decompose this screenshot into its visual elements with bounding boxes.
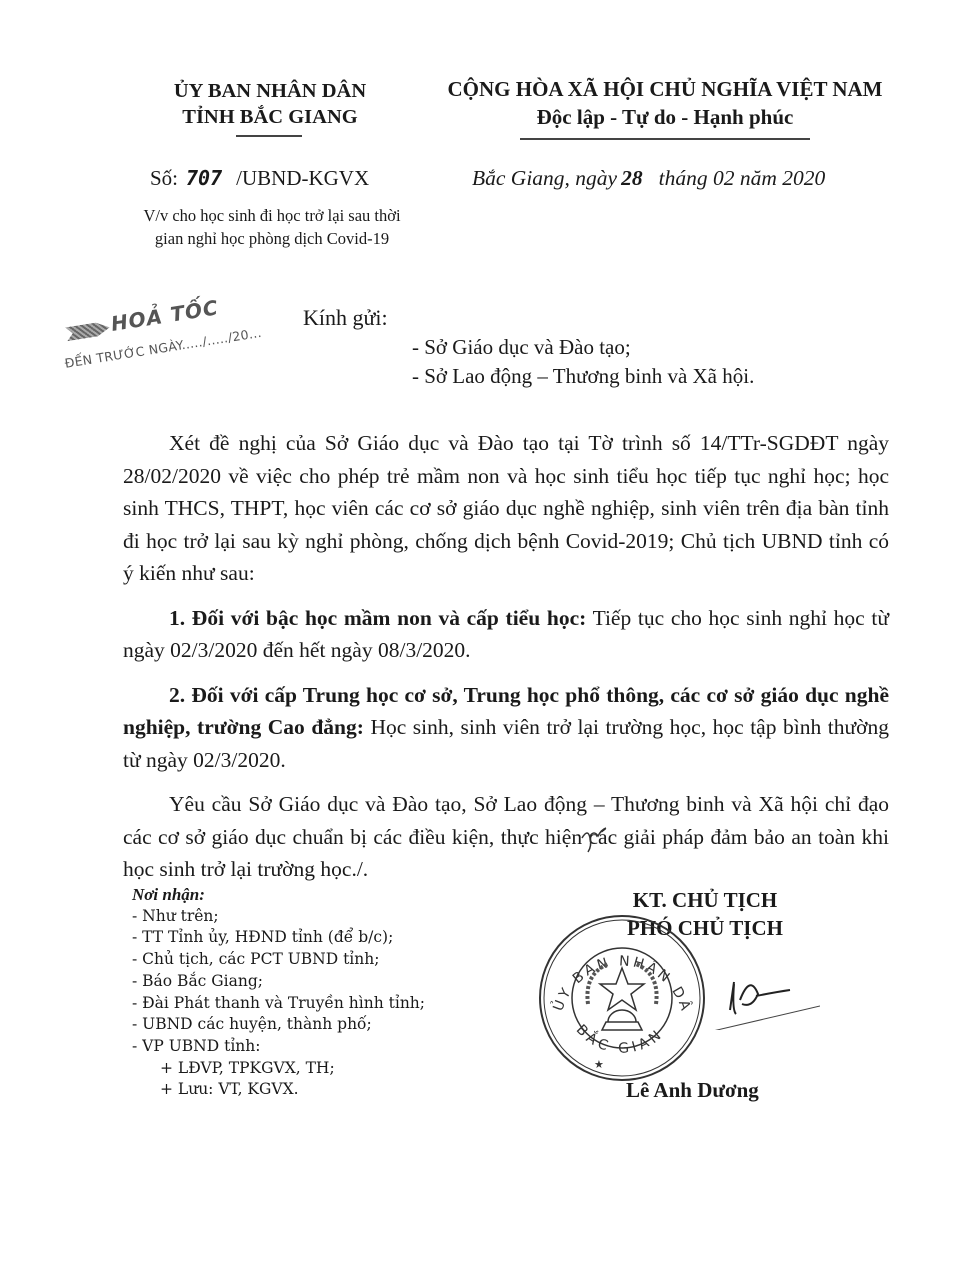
signature-line-1: KT. CHỦ TỊCH [585,886,825,914]
date-month-year: tháng 02 năm 2020 [659,166,826,190]
subject-line-2: gian nghỉ học phòng dịch Covid-19 [122,227,422,250]
recipient-item: - Chủ tịch, các PCT UBND tỉnh; [132,949,425,971]
arrow-icon [65,321,111,342]
stamp-title: HOẢ TỐC [109,295,220,336]
nation-line: CỘNG HÒA XÃ HỘI CHỦ NGHĨA VIỆT NAM [420,75,910,103]
recipient-item: - UBND các huyện, thành phố; [132,1014,425,1036]
recipient-item: - Như trên; [132,906,425,928]
addressee-item: - Sở Lao động – Thương binh và Xã hội. [412,362,754,391]
motto-divider [520,138,810,140]
addressee-item: - Sở Giáo dục và Đào tạo; [412,333,754,362]
agency-line-1: ỦY BAN NHÂN DÂN [130,78,410,104]
date-prefix: Bắc Giang, ngày [472,166,617,190]
item-1-heading: 1. Đối với bậc học mầm non và cấp tiểu h… [169,606,586,630]
document-number: Số:707/UBND-KGVX [150,166,369,191]
agency-divider [236,135,302,137]
document-date: Bắc Giang, ngày28tháng 02 năm 2020 [472,166,825,191]
issuing-agency: ỦY BAN NHÂN DÂN TỈNH BẮC GIANG [130,78,410,130]
urgent-stamp: HOẢ TỐC ĐẾN TRƯỚC NGÀY...../...../20... [56,275,297,400]
date-day: 28 [621,166,643,190]
item-2: 2. Đối với cấp Trung học cơ sở, Trung họ… [123,679,889,777]
document-subject: V/v cho học sinh đi học trở lại sau thời… [122,204,422,250]
recipient-item: - VP UBND tỉnh: [132,1036,425,1058]
recipient-item: - Báo Bắc Giang; [132,971,425,993]
item-1: 1. Đối với bậc học mầm non và cấp tiểu h… [123,602,889,667]
addressee-label: Kính gửi: [303,305,388,331]
intro-paragraph: Xét đề nghị của Sở Giáo dục và Đào tạo t… [123,427,889,590]
recipient-sub-item: + Lưu: VT, KGVX. [132,1079,425,1101]
national-motto: Độc lập - Tự do - Hạnh phúc [420,103,910,131]
doc-number-suffix: /UBND-KGVX [236,166,369,190]
addressee-list: - Sở Giáo dục và Đào tạo; - Sở Lao động … [412,333,754,391]
signer-name: Lê Anh Dương [626,1078,759,1103]
initials-mark-icon [578,822,618,856]
official-seal-icon: ỦY BAN NHÂN DÂN TỈNH BẮC GIANG ★ [536,912,708,1084]
document-body: Xét đề nghị của Sở Giáo dục và Đào tạo t… [123,427,889,886]
recipient-item: - Đài Phát thanh và Truyền hình tỉnh; [132,993,425,1015]
closing-paragraph: Yêu cầu Sở Giáo dục và Đào tạo, Sở Lao đ… [123,788,889,886]
handwritten-signature-icon [700,970,820,1030]
doc-number-value: 707 [186,166,222,190]
recipients-title: Nơi nhận: [132,884,425,906]
recipients-block: Nơi nhận: - Như trên; - TT Tỉnh ủy, HĐND… [132,884,425,1101]
national-header: CỘNG HÒA XÃ HỘI CHỦ NGHĨA VIỆT NAM Độc l… [420,75,910,131]
svg-text:★: ★ [594,1059,604,1071]
recipient-item: - TT Tỉnh ủy, HĐND tỉnh (để b/c); [132,927,425,949]
subject-line-1: V/v cho học sinh đi học trở lại sau thời [122,204,422,227]
doc-number-label: Số: [150,166,178,190]
recipient-sub-item: + LĐVP, TPKGVX, TH; [132,1058,425,1080]
agency-line-2: TỈNH BẮC GIANG [130,104,410,130]
